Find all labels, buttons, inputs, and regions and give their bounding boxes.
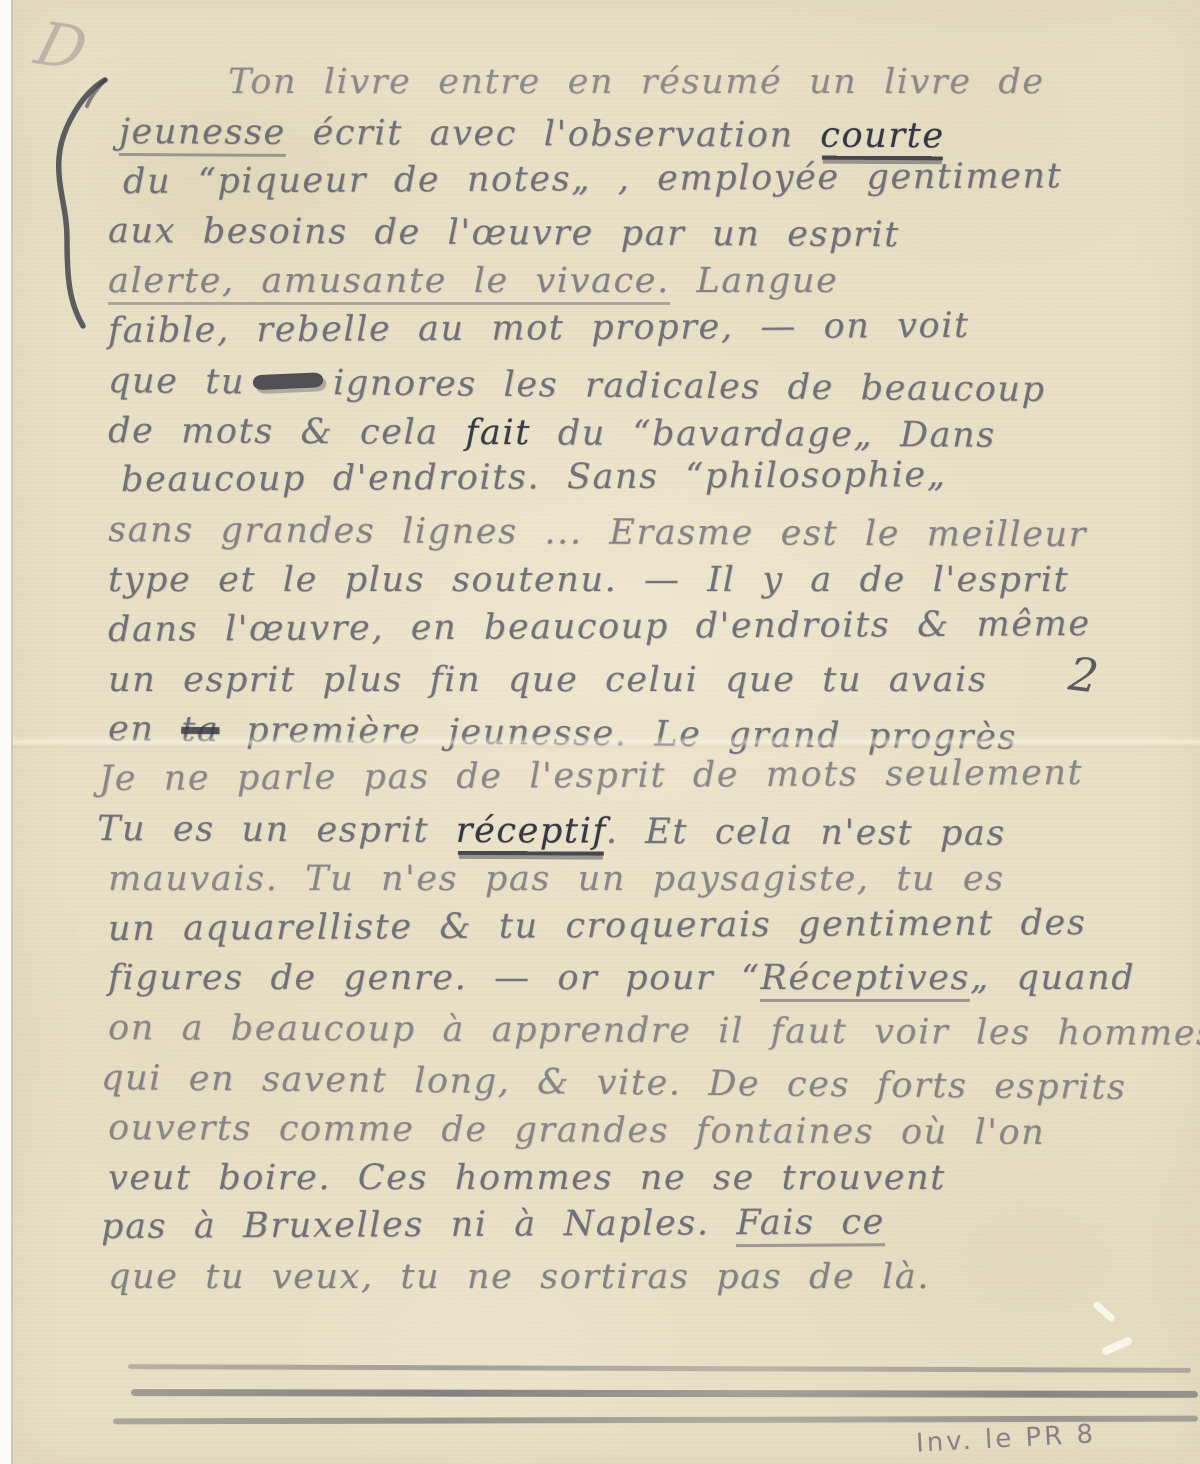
handwritten-line-25: que tu veux, tu ne sortiras pas de là. xyxy=(108,1253,1200,1303)
handwritten-line-1: Ton livre entre en résumé un livre de xyxy=(228,58,1200,108)
handwritten-line-16: Tu es un esprit réceptif. Et cela n'est … xyxy=(97,805,1200,861)
scanned-letter: D Ton livre entre en résumé un livre de … xyxy=(0,0,1200,1464)
fold-crease xyxy=(13,736,1200,750)
handwritten-line-12: dans l'œuvre, en beaucoup d'endroits & m… xyxy=(108,599,1200,655)
handwritten-line-15: Je ne parle pas de l'esprit de mots seul… xyxy=(99,748,1200,805)
handwritten-line-19: figures de genre. — or pour “Réceptives„… xyxy=(108,954,1200,1004)
handwritten-line-4: aux besoins de l'œuvre par un esprit xyxy=(108,207,1200,263)
handwritten-line-10: sans grandes lignes ... Erasme est le me… xyxy=(108,506,1200,562)
handwritten-line-20: on a beaucoup à apprendre il faut voir l… xyxy=(108,1004,1200,1060)
paper-crease-glint xyxy=(1092,1300,1116,1323)
handwritten-line-24: pas à Bruxelles ni à Naples. Fais ce xyxy=(101,1197,1200,1254)
letter-page: D Ton livre entre en résumé un livre de … xyxy=(11,0,1200,1464)
handwritten-line-5: alerte, amusante le vivace. Langue xyxy=(108,257,1200,307)
handwritten-line-6: faible, rebelle au mot propre, — on voit xyxy=(108,300,1200,356)
handwritten-line-13: un esprit plus fin que celui que tu avai… xyxy=(108,656,1200,706)
handwritten-line-23: veut boire. Ces hommes ne se trouvent xyxy=(108,1154,1200,1204)
handwritten-line-18: un aquarelliste & tu croquerais gentimen… xyxy=(108,898,1200,954)
inventory-number: Inv. le PR 8 xyxy=(915,1419,1096,1458)
handwritten-line-11: type et le plus soutenu. — Il y a de l'e… xyxy=(108,556,1200,606)
handwritten-line-22: ouverts comme de grandes fontaines où l'… xyxy=(108,1104,1200,1160)
handwritten-line-17: mauvais. Tu n'es pas un paysagiste, tu e… xyxy=(108,855,1200,905)
handwritten-line-3: du “piqueur de notes„ , employée gentime… xyxy=(123,151,1200,207)
handwritten-line-9: beaucoup d'endroits. Sans “philosophie„ xyxy=(121,450,1200,506)
paper-crease-glint xyxy=(1101,1336,1133,1356)
bottom-rule-2 xyxy=(131,1389,1198,1398)
letter-body: Ton livre entre en résumé un livre de je… xyxy=(13,58,1200,1303)
bottom-rule-1 xyxy=(128,1364,1191,1373)
